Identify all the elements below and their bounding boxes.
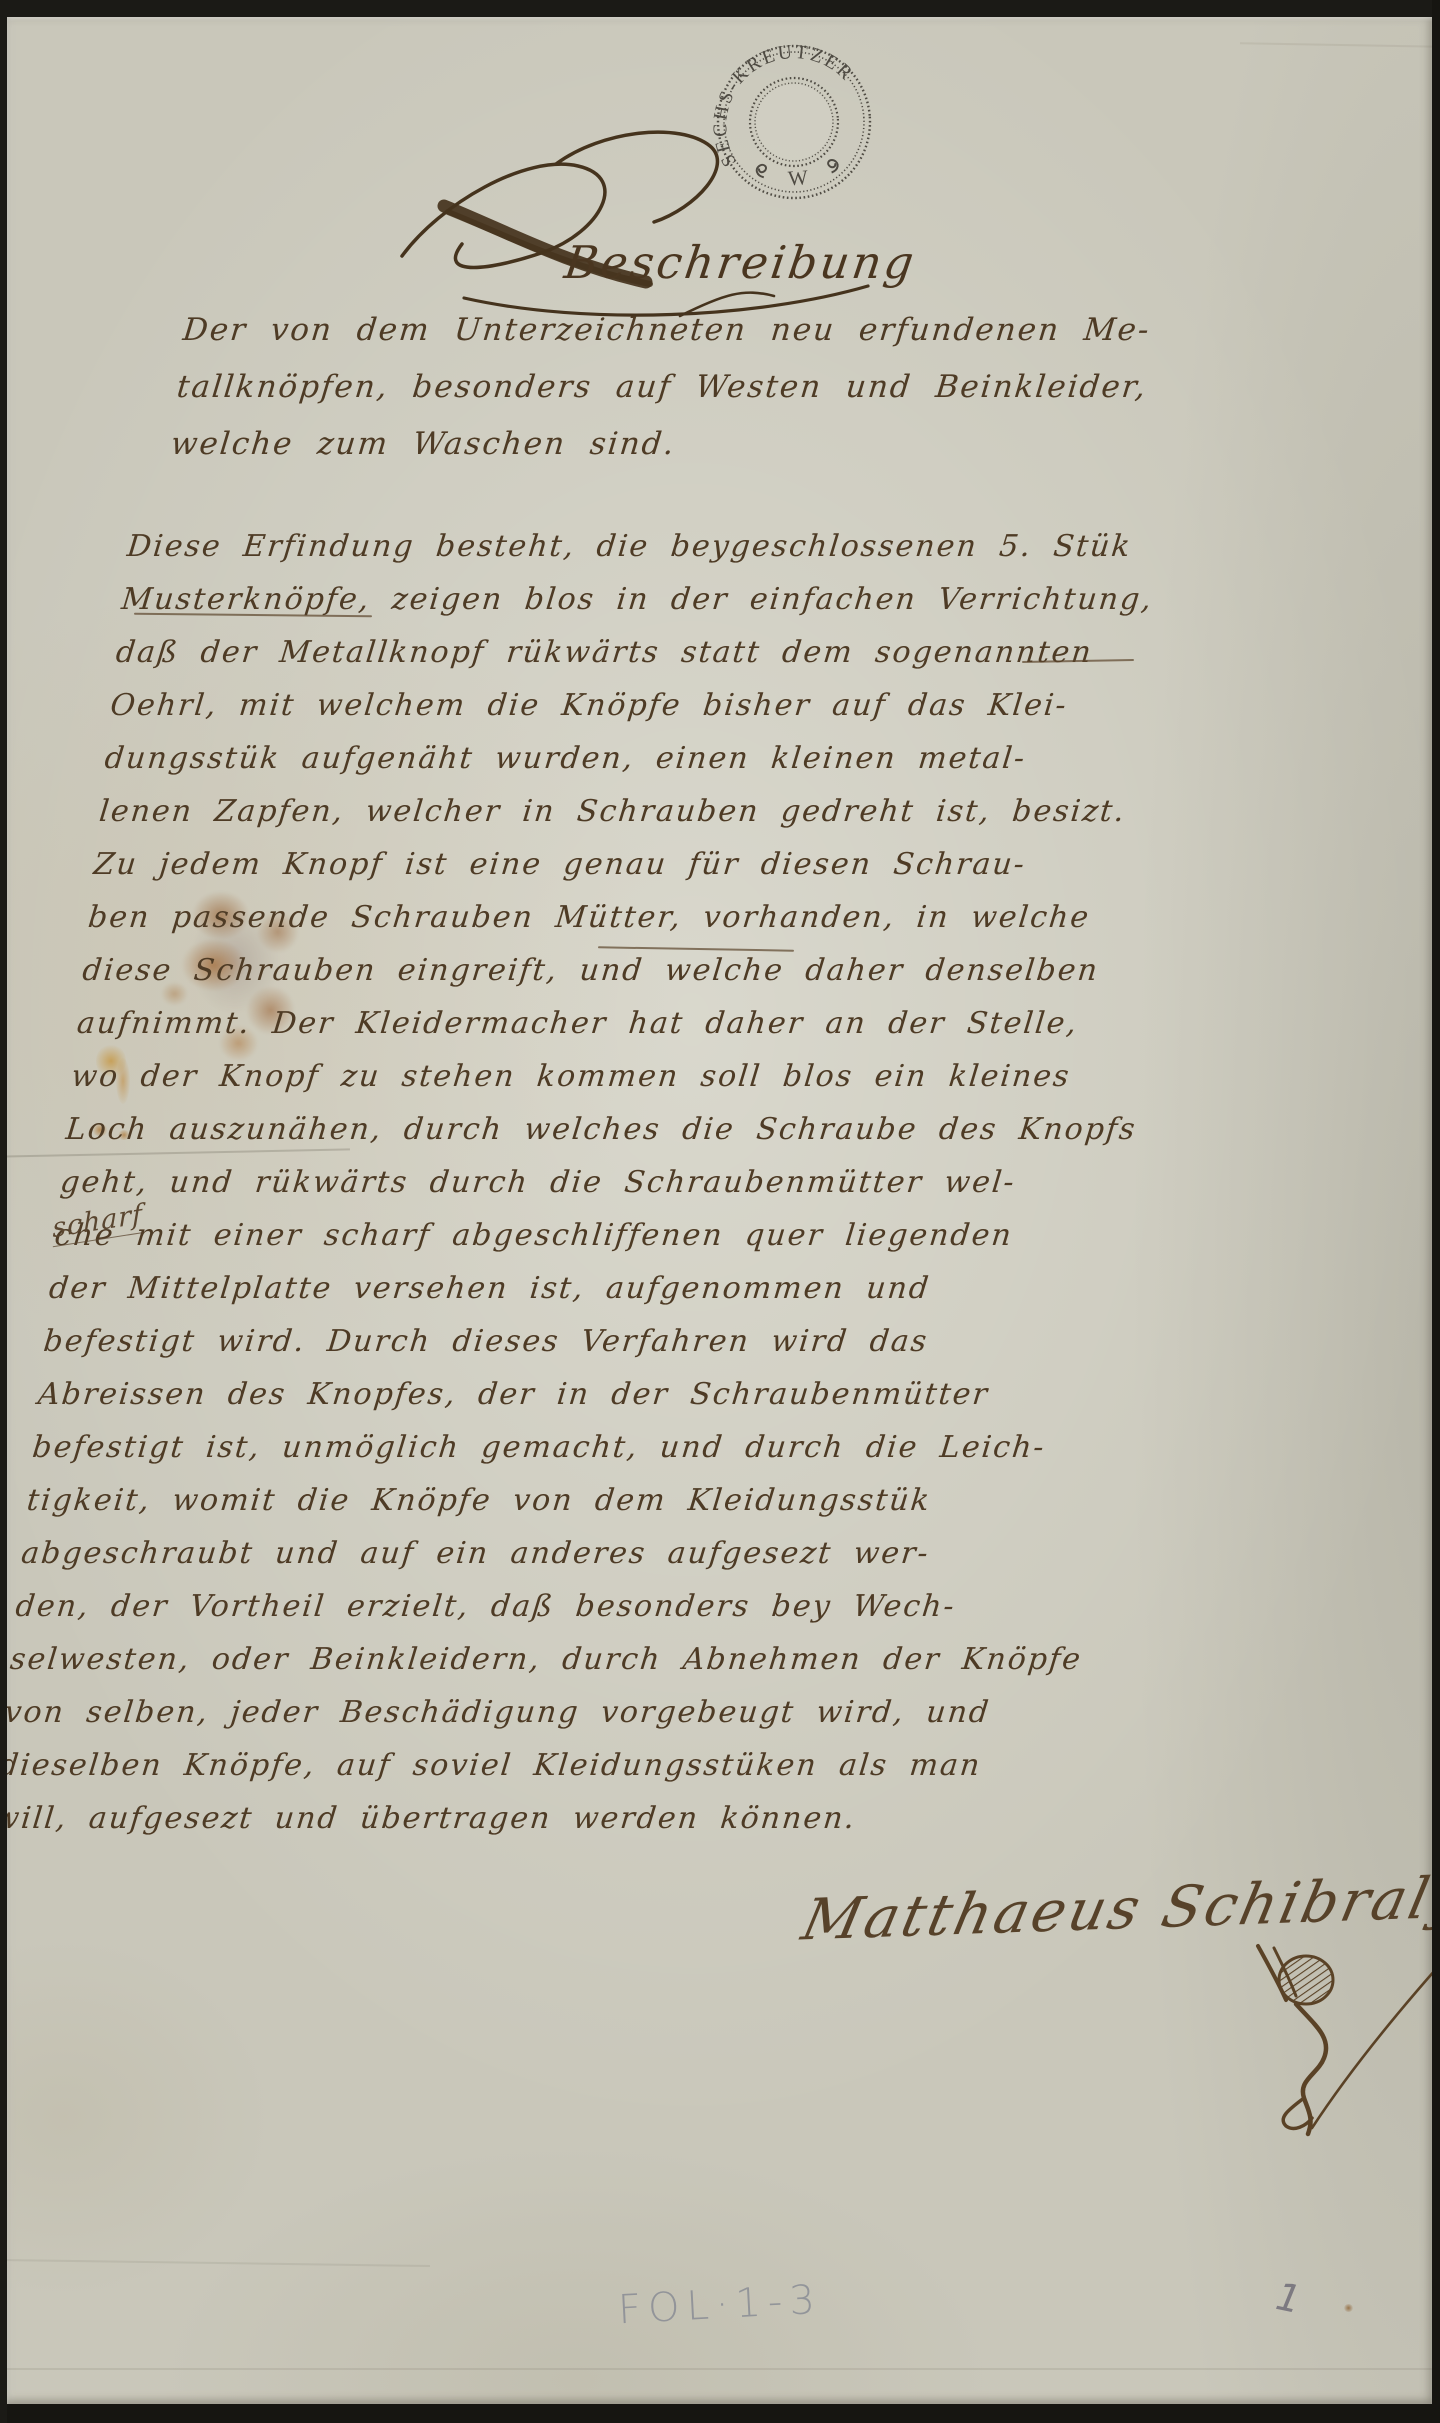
text-line: lenen Zapfen, welcher in Schrauben gedre… — [97, 785, 1333, 838]
ink-stain-speck — [1344, 2304, 1353, 2312]
text-line: will, aufgesezt und übertragen werden kö… — [0, 1792, 1226, 1845]
scan-border-right — [1432, 0, 1440, 2423]
text-line: tigkeit, womit die Knöpfe von dem Kleidu… — [24, 1474, 1260, 1527]
scan-border-top — [0, 0, 1440, 17]
text-line: dieselben Knöpfe, auf soviel Kleidungsst… — [0, 1739, 1232, 1792]
text-line: Musterknöpfe, zeigen blos in der einfach… — [119, 573, 1355, 626]
scan-border-bottom — [0, 2404, 1440, 2423]
scanned-manuscript-page: { "document": { "stamp": { "ring_text": … — [0, 0, 1440, 2423]
paragraph-1: Der von dem Unterzeichneten neu erfunden… — [168, 302, 1326, 473]
text-line: selwesten, oder Beinkleidern, durch Abne… — [7, 1633, 1243, 1686]
text-line: tallknöpfen, besonders auf Westen und Be… — [174, 359, 1320, 416]
text-line: daß der Metallknopf rükwärts statt dem s… — [113, 626, 1349, 679]
text-line: che mit einer scharf abgeschliffenen que… — [52, 1209, 1288, 1262]
text-line: ben passende Schrauben Mütter, vorhanden… — [85, 891, 1321, 944]
text-line: Oehrl, mit welchem die Knöpfe bisher auf… — [108, 679, 1344, 732]
text-line: Loch auszunähen, durch welches die Schra… — [63, 1103, 1299, 1156]
text-line: der Mittelplatte versehen ist, aufgenomm… — [46, 1262, 1282, 1315]
text-line: Zu jedem Knopf ist eine genau für diesen… — [91, 838, 1327, 891]
text-line: von selben, jeder Beschädigung vorgebeug… — [2, 1686, 1238, 1739]
text-line: Diese Erfindung besteht, die beygeschlos… — [124, 520, 1360, 573]
text-line: Der von dem Unterzeichneten neu erfunden… — [180, 302, 1326, 359]
text-line: diese Schrauben eingreift, und welche da… — [80, 944, 1316, 997]
text-line: Abreissen des Knopfes, der in der Schrau… — [35, 1368, 1271, 1421]
text-line: welche zum Waschen sind. — [168, 416, 1314, 473]
signature-paraph — [1146, 1942, 1440, 2154]
text-line: befestigt ist, unmöglich gemacht, und du… — [30, 1421, 1266, 1474]
paragraph-2: Diese Erfindung besteht, die beygeschlos… — [0, 520, 1360, 1845]
text-line: befestigt wird. Durch dieses Verfahren w… — [41, 1315, 1277, 1368]
text-line: dungsstük aufgenäht wurden, einen kleine… — [102, 732, 1338, 785]
text-line: aufnimmt. Der Kleidermacher hat daher an… — [74, 997, 1310, 1050]
scan-border-left — [0, 0, 7, 2423]
crease-line-bottom — [0, 2368, 1440, 2370]
heading-flourish: Beschreibung — [388, 128, 978, 318]
text-line: wo der Knopf zu stehen kommen soll blos … — [69, 1050, 1305, 1103]
document-title: Beschreibung — [560, 236, 919, 289]
text-line: geht, und rükwärts durch die Schraubenmü… — [58, 1156, 1294, 1209]
text-line: den, der Vortheil erzielt, daß besonders… — [13, 1580, 1249, 1633]
text-line: abgeschraubt und auf ein anderes aufgese… — [19, 1527, 1255, 1580]
